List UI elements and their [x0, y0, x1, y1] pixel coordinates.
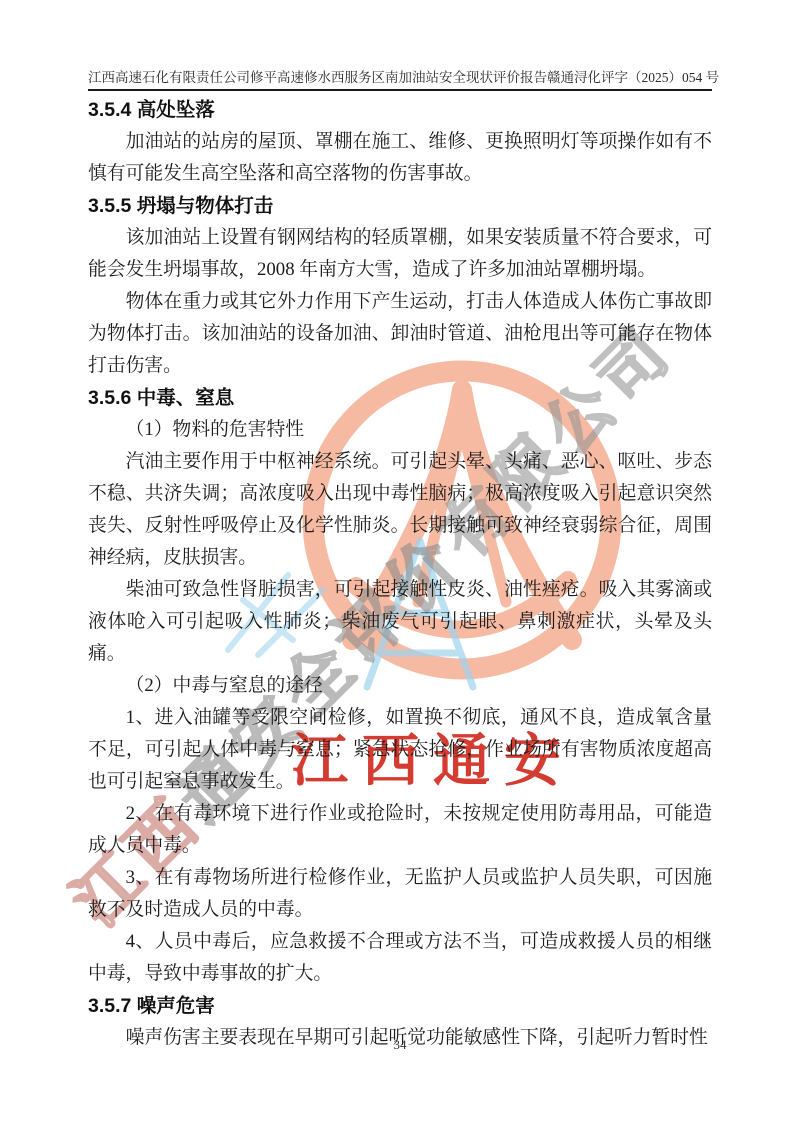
- body-paragraph: 加油站的站房的屋顶、罩棚在施工、维修、更换照明灯等项操作如有不慎有可能发生高空坠…: [88, 126, 712, 190]
- body-paragraph: 物体在重力或其它外力作用下产生运动，打击人体造成人体伤亡事故即为物体打击。该加油…: [88, 286, 712, 382]
- body-paragraph: 该加油站上设置有钢网结构的轻质罩棚，如果安装质量不符合要求，可能会发生坍塌事故，…: [88, 222, 712, 286]
- report-page: 江西通安全评价有限公司 江西通安 江西高速石化有限责任公司修平高速修水西服务区南…: [0, 0, 800, 1131]
- body-paragraph: 2、在有毒环境下进行作业或抢险时，未按规定使用防毒用品，可能造成人员中毒。: [88, 798, 712, 862]
- section-heading: 3.5.6 中毒、窒息: [88, 382, 712, 414]
- body-paragraph: （1）物料的危害特性: [88, 414, 712, 446]
- body-paragraph: 4、人员中毒后，应急救援不合理或方法不当，可造成救援人员的相继中毒，导致中毒事故…: [88, 926, 712, 990]
- page-number: 34: [0, 1037, 800, 1053]
- body-paragraph: 柴油可致急性肾脏损害，可引起接触性皮炎、油性痤疮。吸入其雾滴或液体呛入可引起吸入…: [88, 574, 712, 670]
- section-heading: 3.5.5 坍塌与物体打击: [88, 190, 712, 222]
- body-paragraph: 3、在有毒物场所进行检修作业，无监护人员或监护人员失职，可因施救不及时造成人员的…: [88, 862, 712, 926]
- section-heading: 3.5.7 噪声危害: [88, 990, 712, 1022]
- body-paragraph: 1、进入油罐等受限空间检修，如置换不彻底，通风不良，造成氧含量不足，可引起人体中…: [88, 702, 712, 798]
- body-paragraph: （2）中毒与窒息的途径: [88, 670, 712, 702]
- page-header: 江西高速石化有限责任公司修平高速修水西服务区南加油站安全现状评价报告 赣通浔化评…: [88, 66, 712, 91]
- section-heading: 3.5.4 高处坠落: [88, 94, 712, 126]
- header-right-doc-code: 赣通浔化评字（2025）054 号: [547, 66, 719, 86]
- body-paragraph: 汽油主要作用于中枢神经系统。可引起头晕、头痛、恶心、呕吐、步态不稳、共济失调；高…: [88, 446, 712, 574]
- document-body: 3.5.4 高处坠落 加油站的站房的屋顶、罩棚在施工、维修、更换照明灯等项操作如…: [88, 94, 712, 1054]
- header-left-title: 江西高速石化有限责任公司修平高速修水西服务区南加油站安全现状评价报告: [88, 66, 547, 86]
